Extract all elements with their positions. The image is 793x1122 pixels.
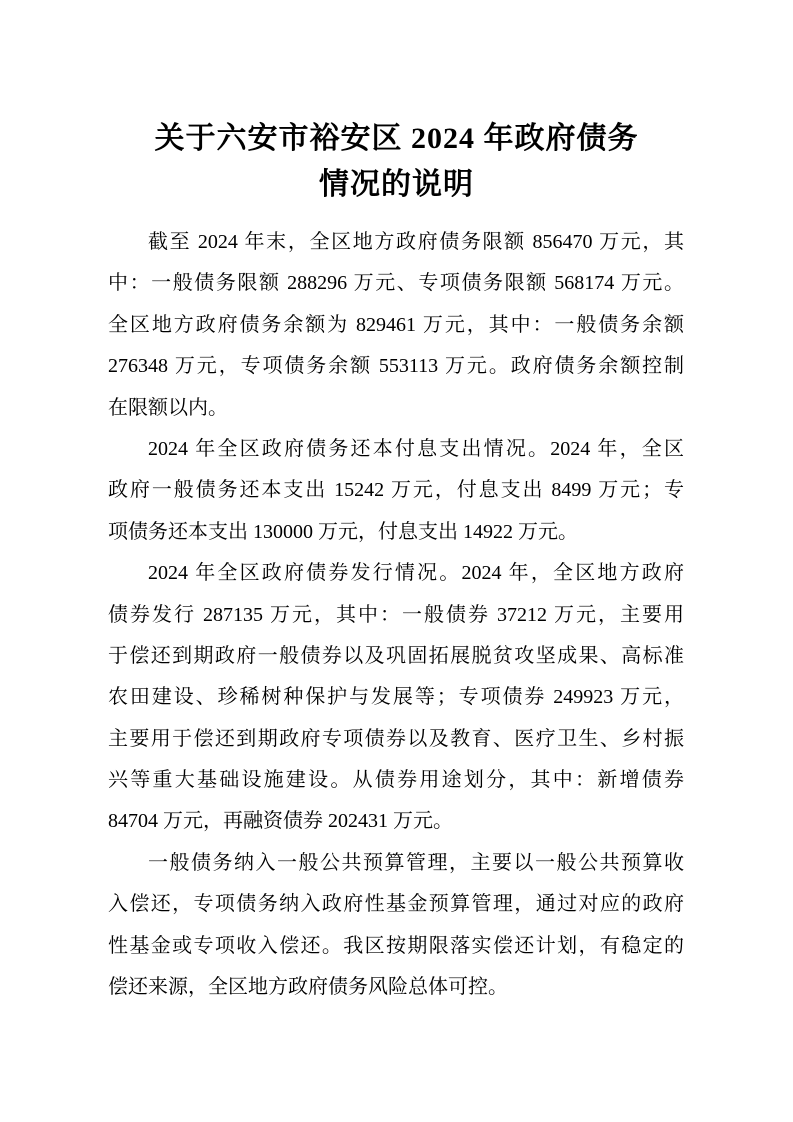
- paragraph-line: 偿还来源，全区地方政府债务风险总体可控。: [108, 967, 684, 1008]
- paragraph-line: 中：一般债务限额 288296 万元、专项债务限额 568174 万元。: [108, 263, 684, 304]
- paragraph-line: 于偿还到期政府一般债券以及巩固拓展脱贫攻坚成果、高标准: [108, 636, 684, 677]
- paragraph-line: 兴等重大基础设施建设。从债券用途划分，其中：新增债券: [108, 760, 684, 801]
- paragraph-line: 截至 2024 年末，全区地方政府债务限额 856470 万元，其: [108, 222, 684, 263]
- paragraph-line: 276348 万元，专项债务余额 553113 万元。政府债务余额控制: [108, 346, 684, 387]
- paragraph-line: 在限额以内。: [108, 388, 684, 429]
- paragraph-line: 2024 年全区政府债券发行情况。2024 年，全区地方政府: [108, 553, 684, 594]
- title-line: 情况的说明: [0, 162, 793, 208]
- paragraph-line: 性基金或专项收入偿还。我区按期限落实偿还计划，有稳定的: [108, 926, 684, 967]
- paragraph-line: 项债务还本支出 130000 万元，付息支出 14922 万元。: [108, 512, 684, 553]
- document-body: 截至 2024 年末，全区地方政府债务限额 856470 万元，其 中：一般债务…: [108, 222, 684, 1008]
- paragraph-line: 政府一般债务还本支出 15242 万元，付息支出 8499 万元；专: [108, 470, 684, 511]
- paragraph-line: 84704 万元，再融资债券 202431 万元。: [108, 801, 684, 842]
- paragraph-line: 主要用于偿还到期政府专项债券以及教育、医疗卫生、乡村振: [108, 719, 684, 760]
- paragraph-line: 债券发行 287135 万元，其中：一般债券 37212 万元，主要用: [108, 595, 684, 636]
- document-page: 关于六安市裕安区 2024 年政府债务 情况的说明 截至 2024 年末，全区地…: [0, 0, 793, 1122]
- paragraph-line: 一般债务纳入一般公共预算管理，主要以一般公共预算收: [108, 843, 684, 884]
- paragraph-line: 全区地方政府债务余额为 829461 万元，其中：一般债务余额: [108, 305, 684, 346]
- title-line: 关于六安市裕安区 2024 年政府债务: [0, 116, 793, 162]
- paragraph-line: 入偿还，专项债务纳入政府性基金预算管理，通过对应的政府: [108, 884, 684, 925]
- paragraph-line: 农田建设、珍稀树种保护与发展等；专项债券 249923 万元，: [108, 677, 684, 718]
- paragraph-line: 2024 年全区政府债务还本付息支出情况。2024 年，全区: [108, 429, 684, 470]
- document-title: 关于六安市裕安区 2024 年政府债务 情况的说明: [0, 116, 793, 208]
